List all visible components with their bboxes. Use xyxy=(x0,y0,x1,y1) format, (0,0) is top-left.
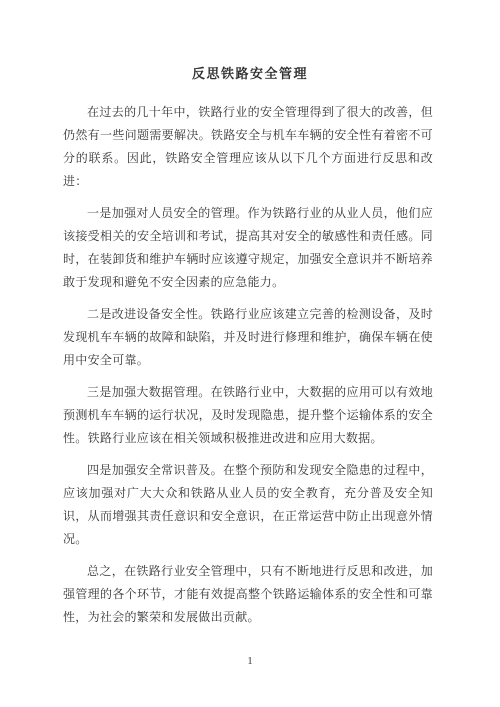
paragraph-point-2: 二是改进设备安全性。铁路行业应该建立完善的检测设备，及时发现机车车辆的故障和缺陷… xyxy=(63,303,433,372)
paragraph-conclusion: 总之，在铁路行业安全管理中，只有不断地进行反思和改进，加强管理的各个环节，才能有… xyxy=(63,560,433,629)
document-body: 在过去的几十年中，铁路行业的安全管理得到了很大的改善，但仍然有一些问题需要解决。… xyxy=(0,101,500,629)
document-title: 反思铁路安全管理 xyxy=(0,62,500,85)
paragraph-point-4: 四是加强安全常识普及。在整个预防和发现安全隐患的过程中，应该加强对广大大众和铁路… xyxy=(63,459,433,551)
paragraph-intro: 在过去的几十年中，铁路行业的安全管理得到了很大的改善，但仍然有一些问题需要解决。… xyxy=(63,101,433,193)
paragraph-point-3: 三是加强大数据管理。在铁路行业中，大数据的应用可以有效地预测机车车辆的运行状况，… xyxy=(63,381,433,450)
document-page: 反思铁路安全管理 在过去的几十年中，铁路行业的安全管理得到了很大的改善，但仍然有… xyxy=(0,0,500,707)
paragraph-point-1: 一是加强对人员安全的管理。作为铁路行业的从业人员，他们应该接受相关的安全培训和考… xyxy=(63,202,433,294)
page-number: 1 xyxy=(0,654,500,668)
